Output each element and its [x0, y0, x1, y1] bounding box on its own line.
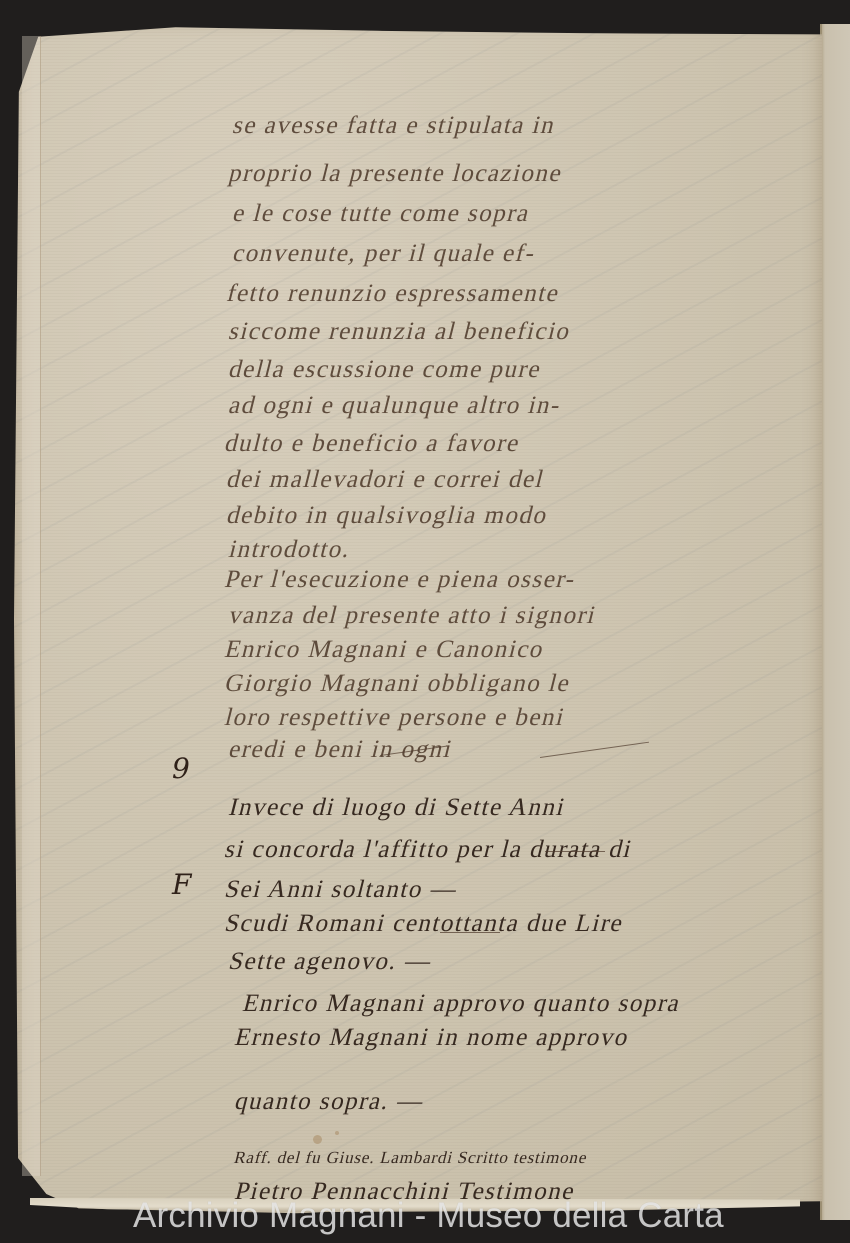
text-line: Giorgio Magnani obbligano le	[222, 670, 574, 698]
witness-line: Raff. del fu Giuse. Lambardi Scritto tes…	[232, 1148, 590, 1168]
ink-stain	[335, 1131, 339, 1135]
note-line: si concorda l'affitto per la durata di	[222, 836, 636, 864]
text-line: dei mallevadori e correi del	[224, 466, 548, 494]
text-line: della escussione come pure	[226, 356, 545, 384]
adjacent-page-edge	[822, 24, 850, 1220]
text-line: siccome renunzia al beneficio	[226, 318, 574, 346]
signature-line: Enrico Magnani approvo quanto sopra	[240, 990, 684, 1018]
archive-watermark: Archivio Magnani - Museo della Carta	[133, 1196, 724, 1236]
note-mark-f: F	[172, 868, 191, 901]
note-line: Scudi Romani centottanta due Lire	[222, 910, 627, 938]
text-line: se avesse fatta e stipulata in	[230, 112, 559, 140]
text-line: e le cose tutte come sopra	[230, 200, 534, 228]
text-line: introdotto.	[226, 536, 354, 564]
text-line: Enrico Magnani e Canonico	[222, 636, 548, 664]
signature-line: quanto sopra. —	[232, 1088, 427, 1116]
text-line: Per l'esecuzione e piena osser-	[222, 566, 579, 594]
text-line: dulto e beneficio a favore	[222, 430, 523, 458]
text-line: fetto renunzio espressamente	[224, 280, 563, 308]
pen-flourish	[440, 932, 500, 933]
left-folded-margin	[22, 36, 41, 1176]
note-line: Invece di luogo di Sette Anni	[226, 794, 569, 822]
note-mark-9: 9	[172, 752, 190, 785]
text-line: debito in qualsivoglia modo	[224, 502, 551, 530]
text-line: ad ogni e qualunque altro in-	[226, 392, 565, 420]
signature-line: Ernesto Magnani in nome approvo	[232, 1024, 633, 1052]
document-viewer: se avesse fatta e stipulata in proprio l…	[0, 0, 850, 1243]
pen-flourish	[545, 851, 605, 852]
note-line: Sei Anni soltanto —	[222, 876, 461, 904]
text-line: loro respettive persone e beni	[222, 704, 568, 732]
ink-stain	[313, 1135, 322, 1144]
text-line: vanza del presente atto i signori	[226, 602, 600, 630]
note-line: Sette agenovo. —	[226, 948, 435, 976]
text-line: proprio la presente locazione	[226, 160, 566, 188]
text-line: convenute, per il quale ef-	[230, 240, 539, 268]
